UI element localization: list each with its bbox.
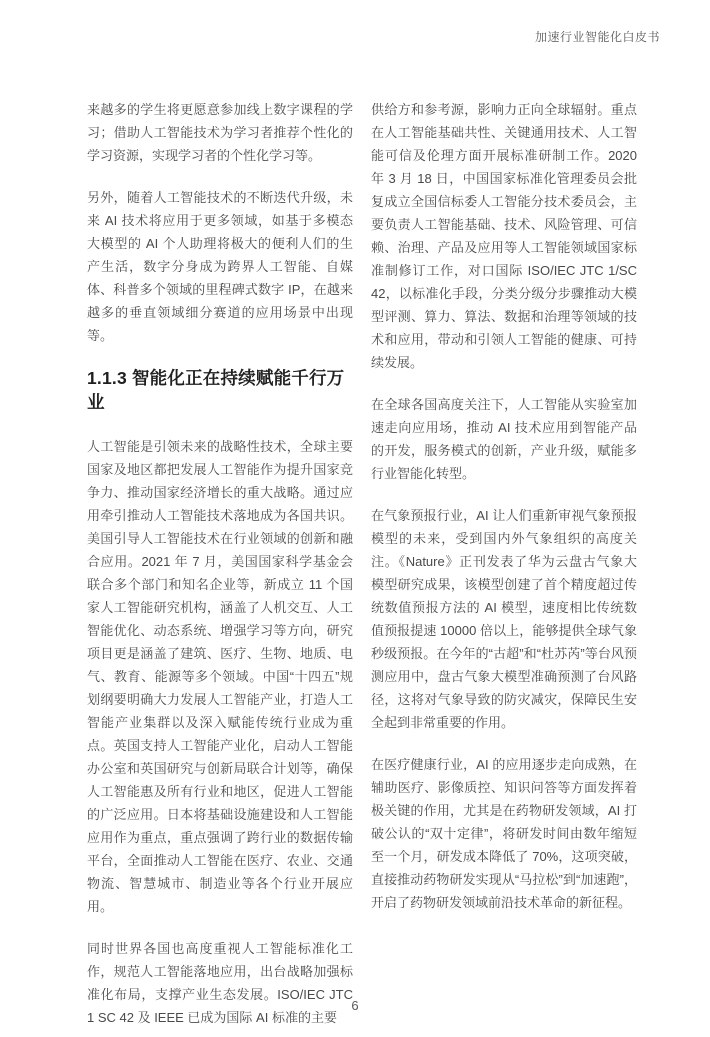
paragraph-weather-forecast: 在气象预报行业，AI 让人们重新审视气象预报模型的未来，受到国内外气象组织的高度… [371,504,637,734]
paragraph-ai-future: 另外，随着人工智能技术的不断迭代升级，未来 AI 技术将应用于更多领域，如基于多… [87,186,353,347]
running-head-title: 加速行业智能化白皮书 [535,30,660,44]
right-column: 供给方和参考源，影响力正向全球辐射。重点在人工智能基础共性、关键通用技术、人工智… [371,98,637,1029]
paragraph-standardization-continued: 供给方和参考源，影响力正向全球辐射。重点在人工智能基础共性、关键通用技术、人工智… [371,98,637,374]
left-column: 来越多的学生将更愿意参加线上数字课程的学习；借助人工智能技术为学习者推荐个性化的… [87,98,353,1029]
paragraph-industry-transformation: 在全球各国高度关注下，人工智能从实验室加速走向应用场，推动 AI 技术应用到智能… [371,393,637,485]
page-number: 6 [351,998,358,1013]
paragraph-medical-health: 在医疗健康行业，AI 的应用逐步走向成熟，在辅助医疗、影像质控、知识问答等方面发… [371,753,637,914]
page-footer: 6 [0,998,710,1013]
paragraph-standardization: 同时世界各国也高度重视人工智能标准化工作，规范人工智能落地应用，出台战略加强标准… [87,937,353,1029]
paragraph-national-strategy: 人工智能是引领未来的战略性技术，全球主要国家及地区都把发展人工智能作为提升国家竞… [87,435,353,918]
content-columns: 来越多的学生将更愿意参加线上数字课程的学习；借助人工智能技术为学习者推荐个性化的… [87,98,637,1029]
page-header: 加速行业智能化白皮书 [535,28,660,45]
paragraph-education-continued: 来越多的学生将更愿意参加线上数字课程的学习；借助人工智能技术为学习者推荐个性化的… [87,98,353,167]
section-heading: 1.1.3 智能化正在持续赋能千行万业 [87,366,353,414]
document-page: 加速行业智能化白皮书 来越多的学生将更愿意参加线上数字课程的学习；借助人工智能技… [0,0,710,1037]
